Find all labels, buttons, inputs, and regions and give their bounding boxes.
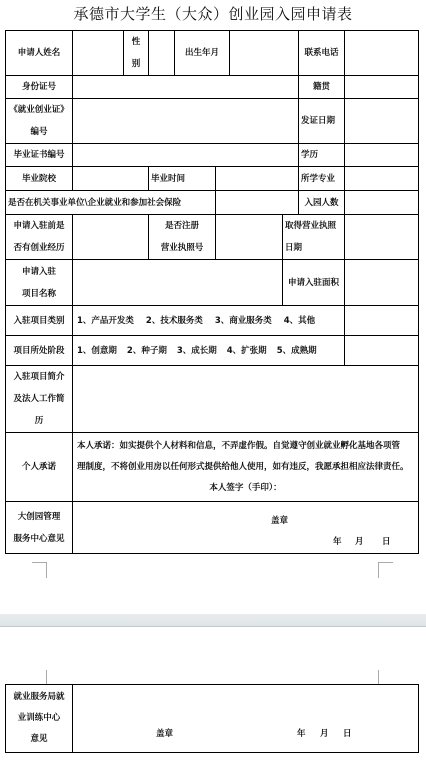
bureau-month-label: 月 [320,727,329,739]
diploma-field[interactable] [72,143,299,167]
category-option[interactable]: 3、商业服务类 [215,310,272,332]
stage-label: 项目所处阶段 [5,335,73,366]
category-option[interactable]: 1、产品开发类 [77,310,134,332]
intro-field[interactable] [72,365,419,433]
center-month-label: 月 [355,535,364,547]
area-label: 申请入驻面积 [282,259,345,306]
stage-option[interactable]: 3、成长期 [177,340,217,362]
corner-mark [32,670,47,685]
school-label: 毕业院校 [5,166,73,191]
license-date-field[interactable] [344,214,419,260]
center-opinion-field[interactable] [72,501,419,554]
category-option[interactable]: 4、其他 [284,310,315,332]
members-field[interactable] [344,190,419,215]
category-option[interactable]: 2、技术服务类 [146,310,203,332]
intro-label: 入驻项目简介及法人工作简历 [5,365,73,433]
phone-label: 联系电话 [298,30,345,76]
project-name-field[interactable] [72,259,283,306]
education-label: 学历 [298,143,345,167]
bureau-seal-label: 盖章 [156,727,173,739]
project-name-label: 申请入驻项目名称 [5,259,73,306]
experience-field[interactable] [72,214,149,260]
pledge-label: 个人承诺 [5,432,73,502]
category-label: 入驻项目类别 [5,305,73,336]
native-place-field[interactable] [344,75,419,99]
bureau-opinion-label: 就业服务局就业训练中心意见 [5,684,73,753]
center-seal-label: 盖章 [271,514,288,526]
native-place-label: 籍贯 [298,75,345,99]
diploma-label: 毕业证书编号 [5,143,73,167]
page-separator [0,614,426,627]
experience-label: 申请入驻前是否有创业经历 [5,214,73,260]
corner-mark [378,562,393,578]
gender-field[interactable] [148,30,175,76]
cert-field[interactable] [72,98,299,144]
applicant-name-label: 申请人姓名 [5,30,73,76]
stage-option[interactable]: 5、成熟期 [277,340,317,362]
pledge-text-2: 理制度，不将创业用房以任何形式提供给他人使用，如有违反，我愿承担相应法律责任。 [77,457,414,478]
stage-option[interactable]: 2、种子期 [127,340,167,362]
major-field[interactable] [344,166,419,191]
bureau-year-label: 年 [297,727,306,739]
bureau-opinion-field[interactable] [72,684,419,753]
corner-mark [378,670,393,685]
school-field[interactable] [72,166,149,191]
grad-time-field[interactable] [215,166,299,191]
employed-label: 是否在机关事业单位\企业就业和参加社会保险 [5,190,216,215]
center-opinion-label: 大创园管理服务中心意见 [5,501,73,554]
category-extra-field[interactable] [344,305,419,336]
id-label: 身份证号 [5,75,73,99]
stage-options: 1、创意期 2、种子期 3、成长期 4、扩张期 5、成熟期 [72,335,345,366]
category-options: 1、产品开发类 2、技术服务类 3、商业服务类 4、其他 [72,305,345,336]
applicant-name-field[interactable] [72,30,124,76]
bureau-day-label: 日 [343,727,352,739]
center-day-label: 日 [382,535,391,547]
stage-option[interactable]: 4、扩张期 [227,340,267,362]
pledge-text-1: 本人承诺：如实提供个人材料和信息，不弄虚作假。自觉遵守创业就业孵化基地各项管 [77,436,414,457]
pledge-content: 本人承诺：如实提供个人材料和信息，不弄虚作假。自觉遵守创业就业孵化基地各项管 理… [72,432,419,502]
license-date-label: 取得营业执照日期 [282,214,345,260]
gender-label: 性别 [123,30,149,76]
education-field[interactable] [344,143,419,167]
corner-mark [32,562,47,578]
issue-date-label: 发证日期 [298,98,345,144]
employed-field[interactable] [215,190,299,215]
license-label: 是否注册营业执照号 [148,214,216,260]
major-label: 所学专业 [298,166,345,191]
phone-field[interactable] [344,30,419,76]
stage-extra-field[interactable] [344,335,419,366]
issue-date-field[interactable] [344,98,419,144]
center-year-label: 年 [333,535,342,547]
birth-field[interactable] [229,30,299,76]
stage-option[interactable]: 1、创意期 [77,340,117,362]
pledge-signature[interactable]: 本人签字（手印）： [77,478,414,498]
id-field[interactable] [72,75,299,99]
cert-label: 《就业创业证》编号 [5,98,73,144]
members-label: 入园人数 [298,190,345,215]
license-field[interactable] [215,214,283,260]
form-title: 承德市大学生（大众）创业园入园申请表 [0,3,426,24]
area-field[interactable] [344,259,419,306]
birth-label: 出生年月 [174,30,230,76]
grad-time-label: 毕业时间 [148,166,216,191]
